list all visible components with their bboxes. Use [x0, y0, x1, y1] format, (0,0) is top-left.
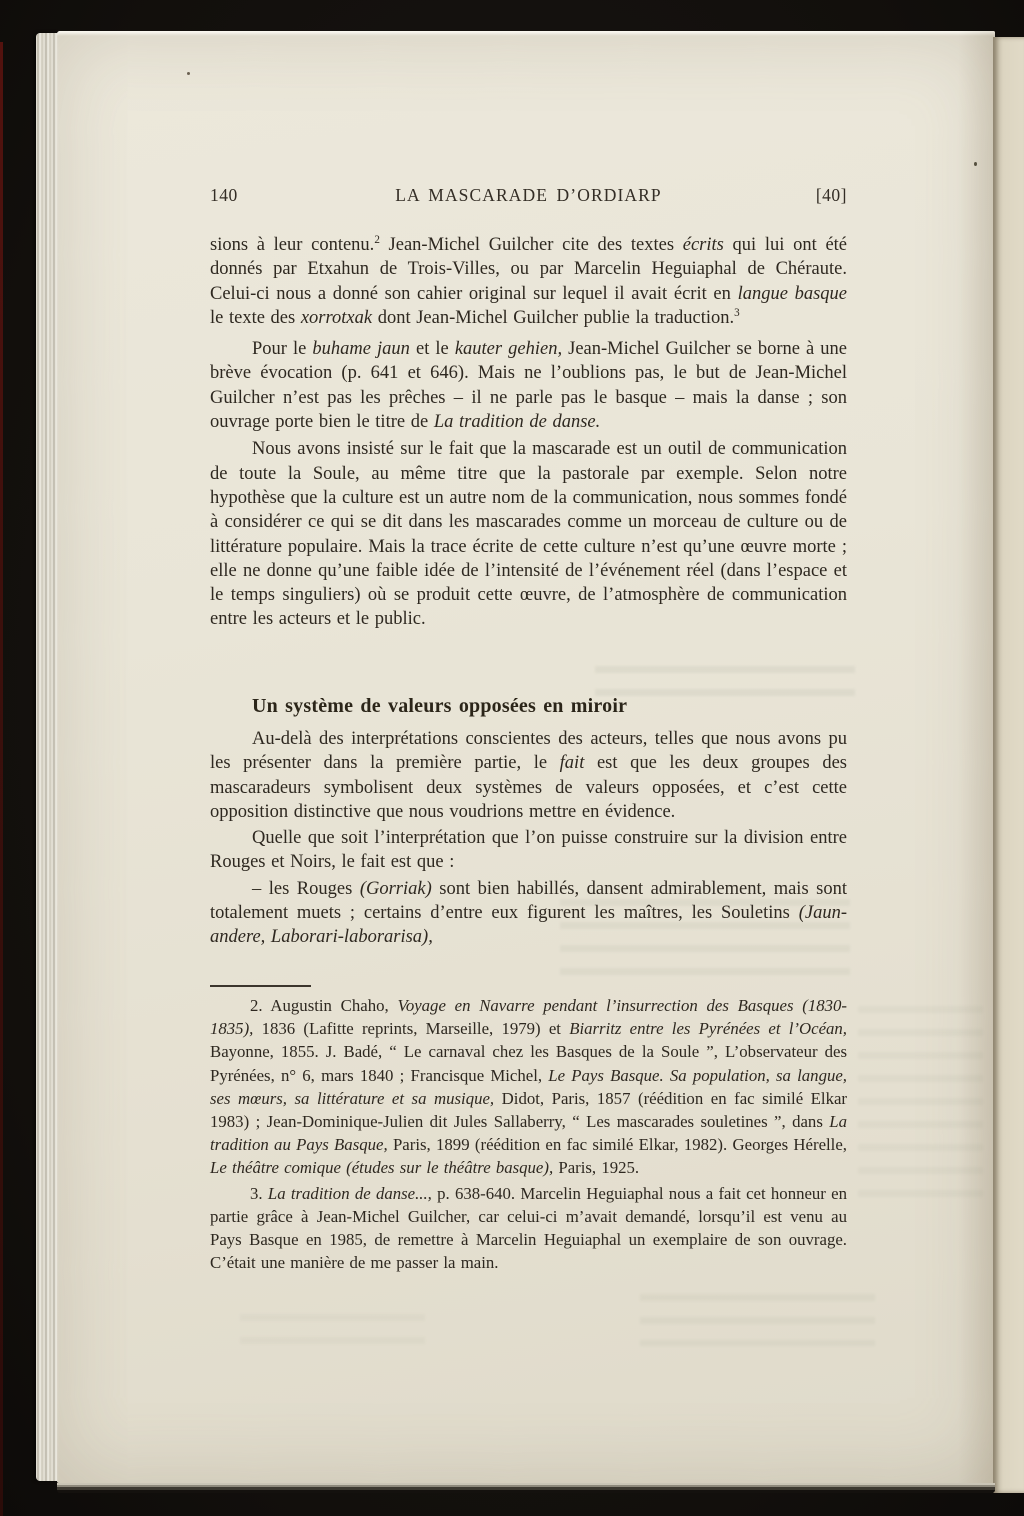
- body-paragraph-4: Au-delà des interprétations conscientes …: [210, 727, 847, 824]
- book-fore-edge: [36, 33, 58, 1481]
- footnote-2: 2. Augustin Chaho, Voyage en Navarre pen…: [210, 994, 847, 1180]
- body-paragraph-3: Nous avons insisté sur le fait que la ma…: [210, 437, 847, 631]
- page-top-edge-highlight: [57, 31, 995, 36]
- footnote-3: 3. La tradition de danse..., p. 638-640.…: [210, 1182, 847, 1275]
- body-paragraph-6: – les Rouges (Gorriak) sont bien habillé…: [210, 877, 847, 950]
- body-text-upper: sions à leur contenu.2 Jean-Michel Guilc…: [210, 233, 847, 632]
- scan-background: 140 LA MASCARADE D’ORDIARP [40] sions à …: [0, 0, 1024, 1516]
- footnotes: 2. Augustin Chaho, Voyage en Navarre pen…: [210, 994, 847, 1274]
- scan-left-edge-artifact: [0, 42, 3, 1516]
- footnote-separator: [210, 985, 311, 987]
- paper-speck: [974, 162, 977, 166]
- body-paragraph-2: Pour le buhame jaun et le kauter gehien,…: [210, 337, 847, 434]
- section-heading: Un système de valeurs opposées en miroir: [252, 694, 847, 718]
- book-bottom-edge: [57, 1483, 995, 1493]
- scan-photo: { "page": { "header": { "page_number": "…: [0, 0, 1024, 1516]
- paper-speck: [187, 72, 190, 75]
- folio-number: [40]: [816, 185, 847, 206]
- page-number: 140: [210, 185, 238, 206]
- facing-page-edge: [993, 37, 1024, 1493]
- body-paragraph-5: Quelle que soit l’interprétation que l’o…: [210, 826, 847, 875]
- page-header: 140 LA MASCARADE D’ORDIARP [40]: [210, 185, 847, 206]
- body-paragraph-1: sions à leur contenu.2 Jean-Michel Guilc…: [210, 233, 847, 330]
- running-title: LA MASCARADE D’ORDIARP: [395, 185, 661, 206]
- body-text-lower: Un système de valeurs opposées en miroir…: [210, 694, 847, 950]
- footnote-area: 2. Augustin Chaho, Voyage en Navarre pen…: [210, 985, 847, 1274]
- page-gutter-shade: [958, 31, 995, 1483]
